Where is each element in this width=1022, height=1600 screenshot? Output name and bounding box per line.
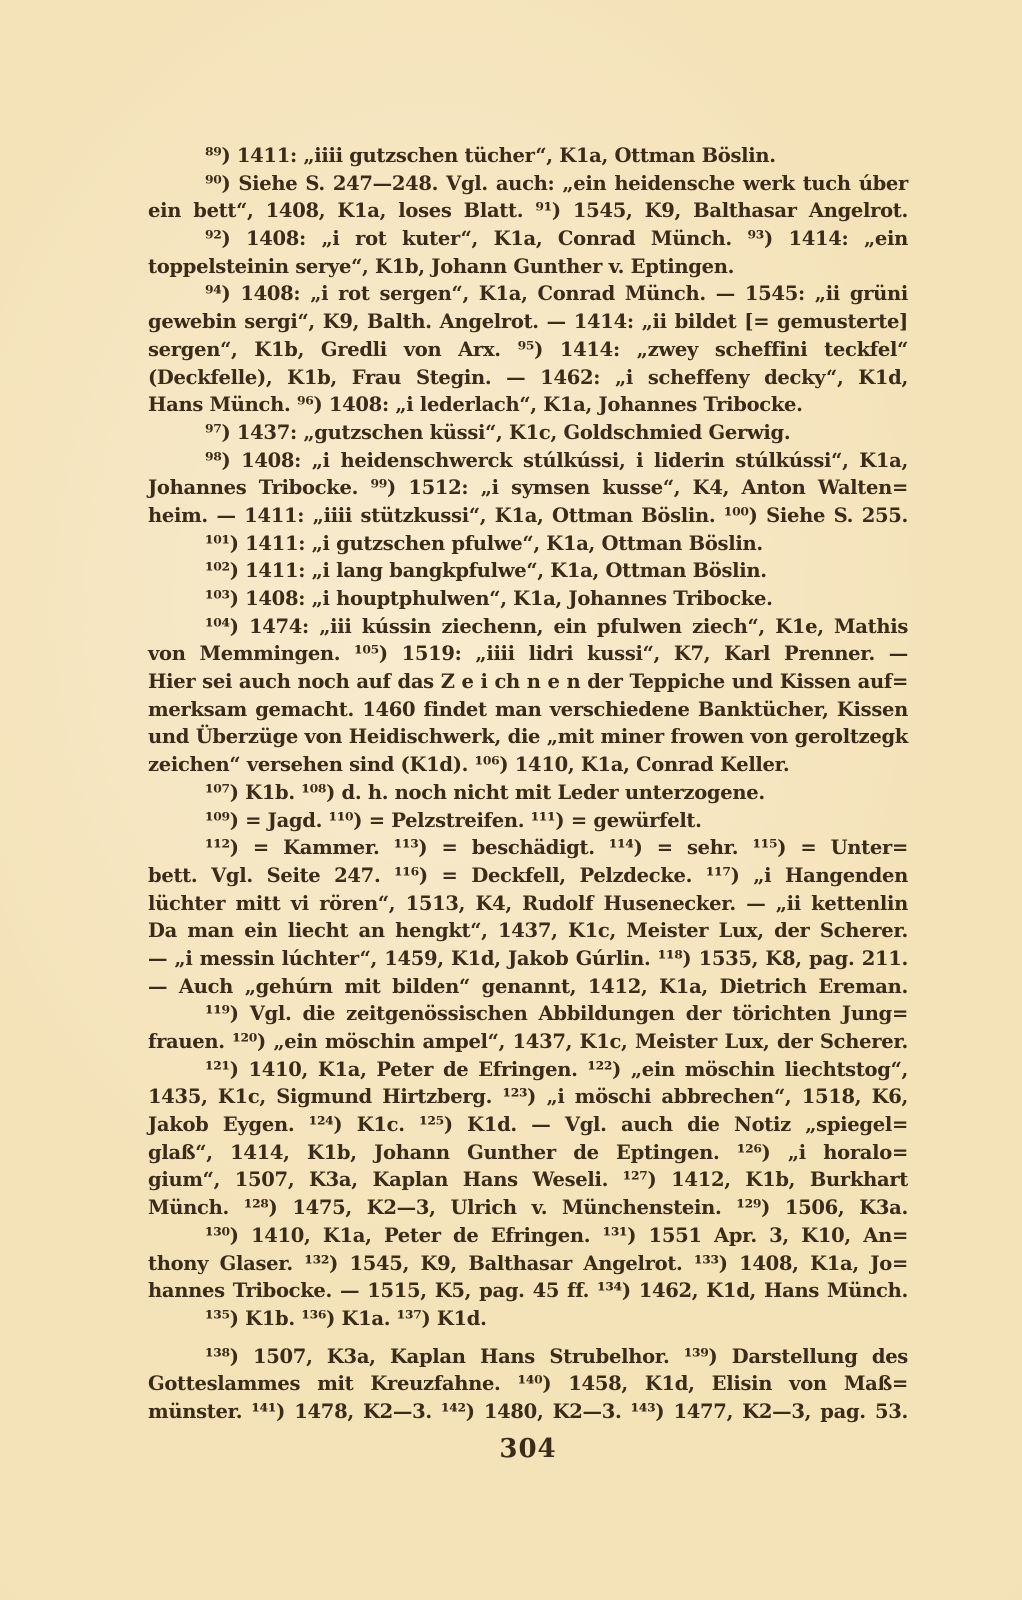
text-line: Gotteslammes mit Kreuzfahne. ¹⁴⁰) 1458, … [148, 1370, 908, 1398]
text-line: ¹⁰²) 1411: „i lang bangkpfulwe“, K1a, Ot… [148, 557, 908, 585]
text-line: zeichen“ versehen sind (K1d). ¹⁰⁶) 1410,… [148, 751, 908, 779]
footnote-paragraph: ⁹⁸) 1408: „i heidenschwerck stúlkússi, i… [148, 447, 908, 530]
text-line: Münch. ¹²⁸) 1475, K2—3, Ulrich v. Münche… [148, 1194, 908, 1222]
page-number: 304 [148, 1434, 908, 1464]
text-line: ¹⁰³) 1408: „i houptphulwen“, K1a, Johann… [148, 585, 908, 613]
text-line: hannes Tribocke. — 1515, K5, pag. 45 ff.… [148, 1277, 908, 1305]
text-line: thony Glaser. ¹³²) 1545, K9, Balthasar A… [148, 1250, 908, 1278]
text-line: heim. — 1411: „iiii stützkussi“, K1a, Ot… [148, 502, 908, 530]
footnote-paragraph: ¹⁰²) 1411: „i lang bangkpfulwe“, K1a, Ot… [148, 557, 908, 585]
text-line: — Auch „gehúrn mit bilden“ genannt, 1412… [148, 973, 908, 1001]
text-line: ⁸⁹) 1411: „iiii gutzschen tücher“, K1a, … [148, 142, 908, 170]
footnote-paragraph: ¹¹²) = Kammer. ¹¹³) = beschädigt. ¹¹⁴) =… [148, 834, 908, 1000]
text-line: ⁹⁷) 1437: „gutzschen küssi“, K1c, Goldsc… [148, 419, 908, 447]
footnote-paragraph: ⁹²) 1408: „i rot kuter“, K1a, Conrad Mün… [148, 225, 908, 280]
text-line: Jakob Eygen. ¹²⁴) K1c. ¹²⁵) K1d. — Vgl. … [148, 1111, 908, 1139]
text-line: merksam gemacht. 1460 findet man verschi… [148, 696, 908, 724]
text-line: ⁹⁰) Siehe S. 247—248. Vgl. auch: „ein he… [148, 170, 908, 198]
text-line: ⁹⁴) 1408: „i rot sergen“, K1a, Conrad Mü… [148, 280, 908, 308]
book-page: ⁸⁹) 1411: „iiii gutzschen tücher“, K1a, … [0, 0, 1022, 1600]
text-line: Johannes Tribocke. ⁹⁹) 1512: „i symsen k… [148, 474, 908, 502]
text-line: bett. Vgl. Seite 247. ¹¹⁶) = Deckfell, P… [148, 862, 908, 890]
footnote-paragraph: ¹⁰⁷) K1b. ¹⁰⁸) d. h. noch nicht mit Lede… [148, 779, 908, 807]
text-line: ¹²¹) 1410, K1a, Peter de Efringen. ¹²²) … [148, 1056, 908, 1084]
text-line: Hans Münch. ⁹⁶) 1408: „i lederlach“, K1a… [148, 391, 908, 419]
text-line: ein bett“, 1408, K1a, loses Blatt. ⁹¹) 1… [148, 197, 908, 225]
text-line: ⁹²) 1408: „i rot kuter“, K1a, Conrad Mün… [148, 225, 908, 253]
text-line: frauen. ¹²⁰) „ein möschin ampel“, 1437, … [148, 1028, 908, 1056]
text-line: ¹⁰⁹) = Jagd. ¹¹⁰) = Pelzstreifen. ¹¹¹) =… [148, 807, 908, 835]
text-line: ¹³⁵) K1b. ¹³⁶) K1a. ¹³⁷) K1d. [148, 1305, 908, 1333]
text-line: ¹⁰¹) 1411: „i gutzschen pfulwe“, K1a, Ot… [148, 530, 908, 558]
text-line: und Überzüge von Heidischwerk, die „mit … [148, 723, 908, 751]
text-line: glaß“, 1414, K1b, Johann Gunther de Epti… [148, 1139, 908, 1167]
text-line: (Deckfelle), K1b, Frau Stegin. — 1462: „… [148, 364, 908, 392]
footnote-paragraph: ¹⁰¹) 1411: „i gutzschen pfulwe“, K1a, Ot… [148, 530, 908, 558]
text-line: 1435, K1c, Sigmund Hirtzberg. ¹²³) „i mö… [148, 1083, 908, 1111]
text-line: — „i messin lúchter“, 1459, K1d, Jakob G… [148, 945, 908, 973]
text-line: gium“, 1507, K3a, Kaplan Hans Weseli. ¹²… [148, 1166, 908, 1194]
footnote-paragraph: ¹³⁰) 1410, K1a, Peter de Efringen. ¹³¹) … [148, 1222, 908, 1305]
text-line: toppelsteinin serye“, K1b, Johann Gunthe… [148, 253, 908, 281]
text-line: Da man ein liecht an hengkt“, 1437, K1c,… [148, 917, 908, 945]
text-line: von Memmingen. ¹⁰⁵) 1519: „iiii lidri ku… [148, 640, 908, 668]
text-line: ¹¹⁹) Vgl. die zeitgenössischen Abbildung… [148, 1000, 908, 1028]
text-line: ¹⁰⁷) K1b. ¹⁰⁸) d. h. noch nicht mit Lede… [148, 779, 908, 807]
text-line: lüchter mitt vi rören“, 1513, K4, Rudolf… [148, 890, 908, 918]
text-line: Hier sei auch noch auf das Z e i ch n e … [148, 668, 908, 696]
text-line: münster. ¹⁴¹) 1478, K2—3. ¹⁴²) 1480, K2—… [148, 1398, 908, 1426]
page-text: ⁸⁹) 1411: „iiii gutzschen tücher“, K1a, … [148, 142, 908, 1426]
footnote-paragraph: ⁸⁹) 1411: „iiii gutzschen tücher“, K1a, … [148, 142, 908, 170]
footnote-paragraph: ¹³⁸) 1507, K3a, Kaplan Hans Strubelhor. … [148, 1343, 908, 1426]
footnote-paragraph: ¹¹⁹) Vgl. die zeitgenössischen Abbildung… [148, 1000, 908, 1055]
text-line: ¹³⁰) 1410, K1a, Peter de Efringen. ¹³¹) … [148, 1222, 908, 1250]
footnote-paragraph: ⁹⁷) 1437: „gutzschen küssi“, K1c, Goldsc… [148, 419, 908, 447]
footnote-paragraph: ¹⁰³) 1408: „i houptphulwen“, K1a, Johann… [148, 585, 908, 613]
footnote-paragraph: ¹⁰⁹) = Jagd. ¹¹⁰) = Pelzstreifen. ¹¹¹) =… [148, 807, 908, 835]
text-line: sergen“, K1b, Gredli von Arx. ⁹⁵) 1414: … [148, 336, 908, 364]
footnote-paragraph: ⁹⁴) 1408: „i rot sergen“, K1a, Conrad Mü… [148, 280, 908, 418]
text-line: ¹⁰⁴) 1474: „iii kússin ziechenn, ein pfu… [148, 613, 908, 641]
footnote-paragraph: ¹²¹) 1410, K1a, Peter de Efringen. ¹²²) … [148, 1056, 908, 1222]
text-line: ¹³⁸) 1507, K3a, Kaplan Hans Strubelhor. … [148, 1343, 908, 1371]
footnote-paragraph: ¹³⁵) K1b. ¹³⁶) K1a. ¹³⁷) K1d. [148, 1305, 908, 1333]
footnote-paragraph: ¹⁰⁴) 1474: „iii kússin ziechenn, ein pfu… [148, 613, 908, 779]
text-line: gewebin sergi“, K9, Balth. Angelrot. — 1… [148, 308, 908, 336]
text-line: ⁹⁸) 1408: „i heidenschwerck stúlkússi, i… [148, 447, 908, 475]
text-line: ¹¹²) = Kammer. ¹¹³) = beschädigt. ¹¹⁴) =… [148, 834, 908, 862]
footnote-paragraph: ⁹⁰) Siehe S. 247—248. Vgl. auch: „ein he… [148, 170, 908, 225]
